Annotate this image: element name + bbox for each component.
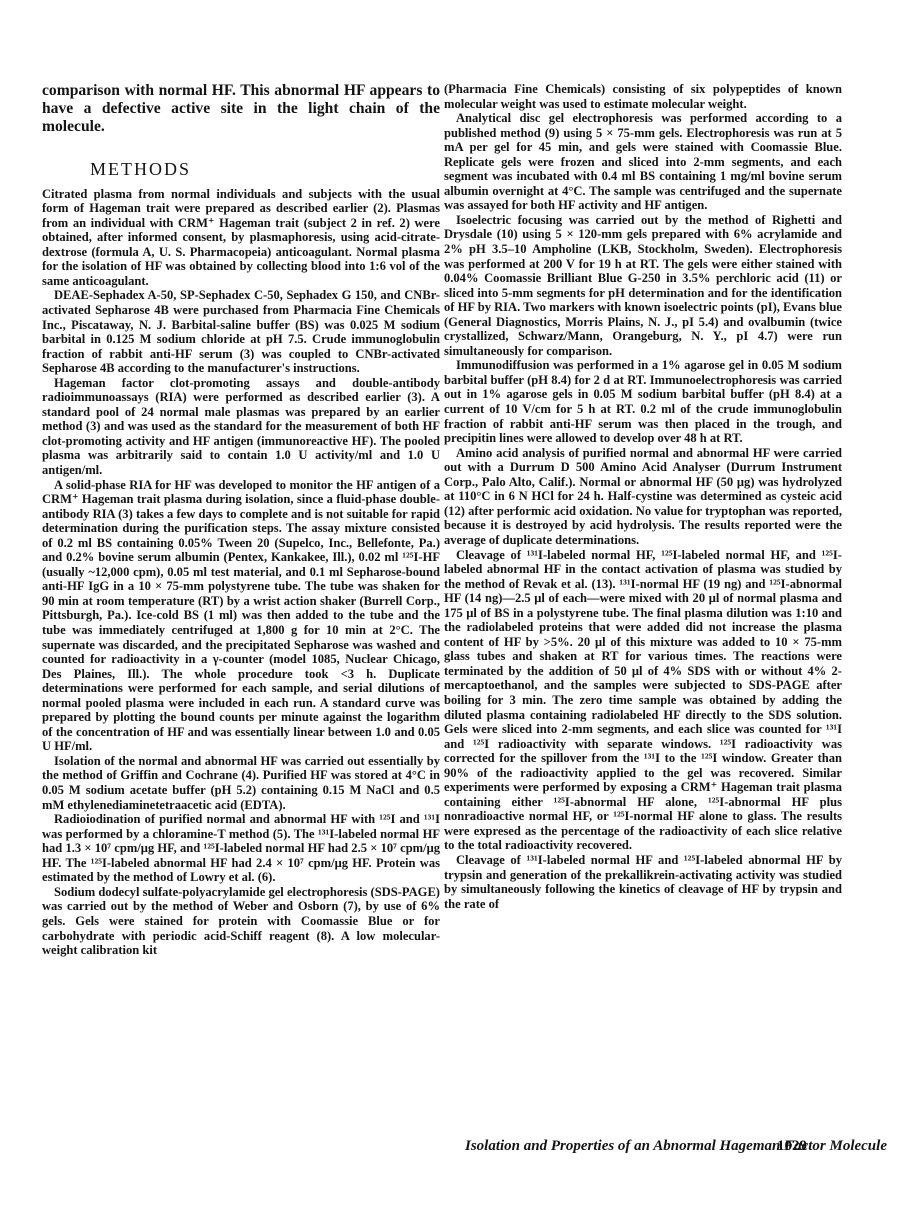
methods-paragraph: Isolation of the normal and abnormal HF … bbox=[42, 754, 440, 812]
methods-paragraph: Radioiodination of purified normal and a… bbox=[42, 812, 440, 885]
continued-paragraph: (Pharmacia Fine Chemicals) consisting of… bbox=[444, 82, 842, 111]
methods-paragraph: Cleavage of ¹³¹I-labeled normal HF, ¹²⁵I… bbox=[444, 548, 842, 853]
journal-page: comparison with normal HF. This abnormal… bbox=[0, 0, 898, 1228]
methods-paragraph: Citrated plasma from normal individuals … bbox=[42, 187, 440, 289]
methods-paragraph: DEAE-Sephadex A-50, SP-Sephadex C-50, Se… bbox=[42, 288, 440, 375]
methods-paragraph: Isoelectric focusing was carried out by … bbox=[444, 213, 842, 358]
methods-paragraph: Immunodiffusion was performed in a 1% ag… bbox=[444, 358, 842, 445]
methods-paragraph: Analytical disc gel electrophoresis was … bbox=[444, 111, 842, 213]
page-footer: Isolation and Properties of an Abnormal … bbox=[0, 1138, 898, 1158]
methods-paragraph: Sodium dodecyl sulfate-polyacrylamide ge… bbox=[42, 885, 440, 958]
left-column: comparison with normal HF. This abnormal… bbox=[42, 82, 440, 958]
methods-paragraph: Cleavage of ¹³¹I-labeled normal HF and ¹… bbox=[444, 853, 842, 911]
page-number: 1029 bbox=[777, 1138, 807, 1155]
intro-paragraph: comparison with normal HF. This abnormal… bbox=[42, 82, 440, 137]
section-heading-methods: METHODS bbox=[90, 159, 440, 179]
methods-paragraph: Hageman factor clot-promoting assays and… bbox=[42, 376, 440, 478]
right-column: (Pharmacia Fine Chemicals) consisting of… bbox=[444, 82, 842, 911]
running-title: Isolation and Properties of an Abnormal … bbox=[465, 1138, 887, 1155]
methods-paragraph: A solid-phase RIA for HF was developed t… bbox=[42, 478, 440, 754]
methods-paragraph: Amino acid analysis of purified normal a… bbox=[444, 446, 842, 548]
